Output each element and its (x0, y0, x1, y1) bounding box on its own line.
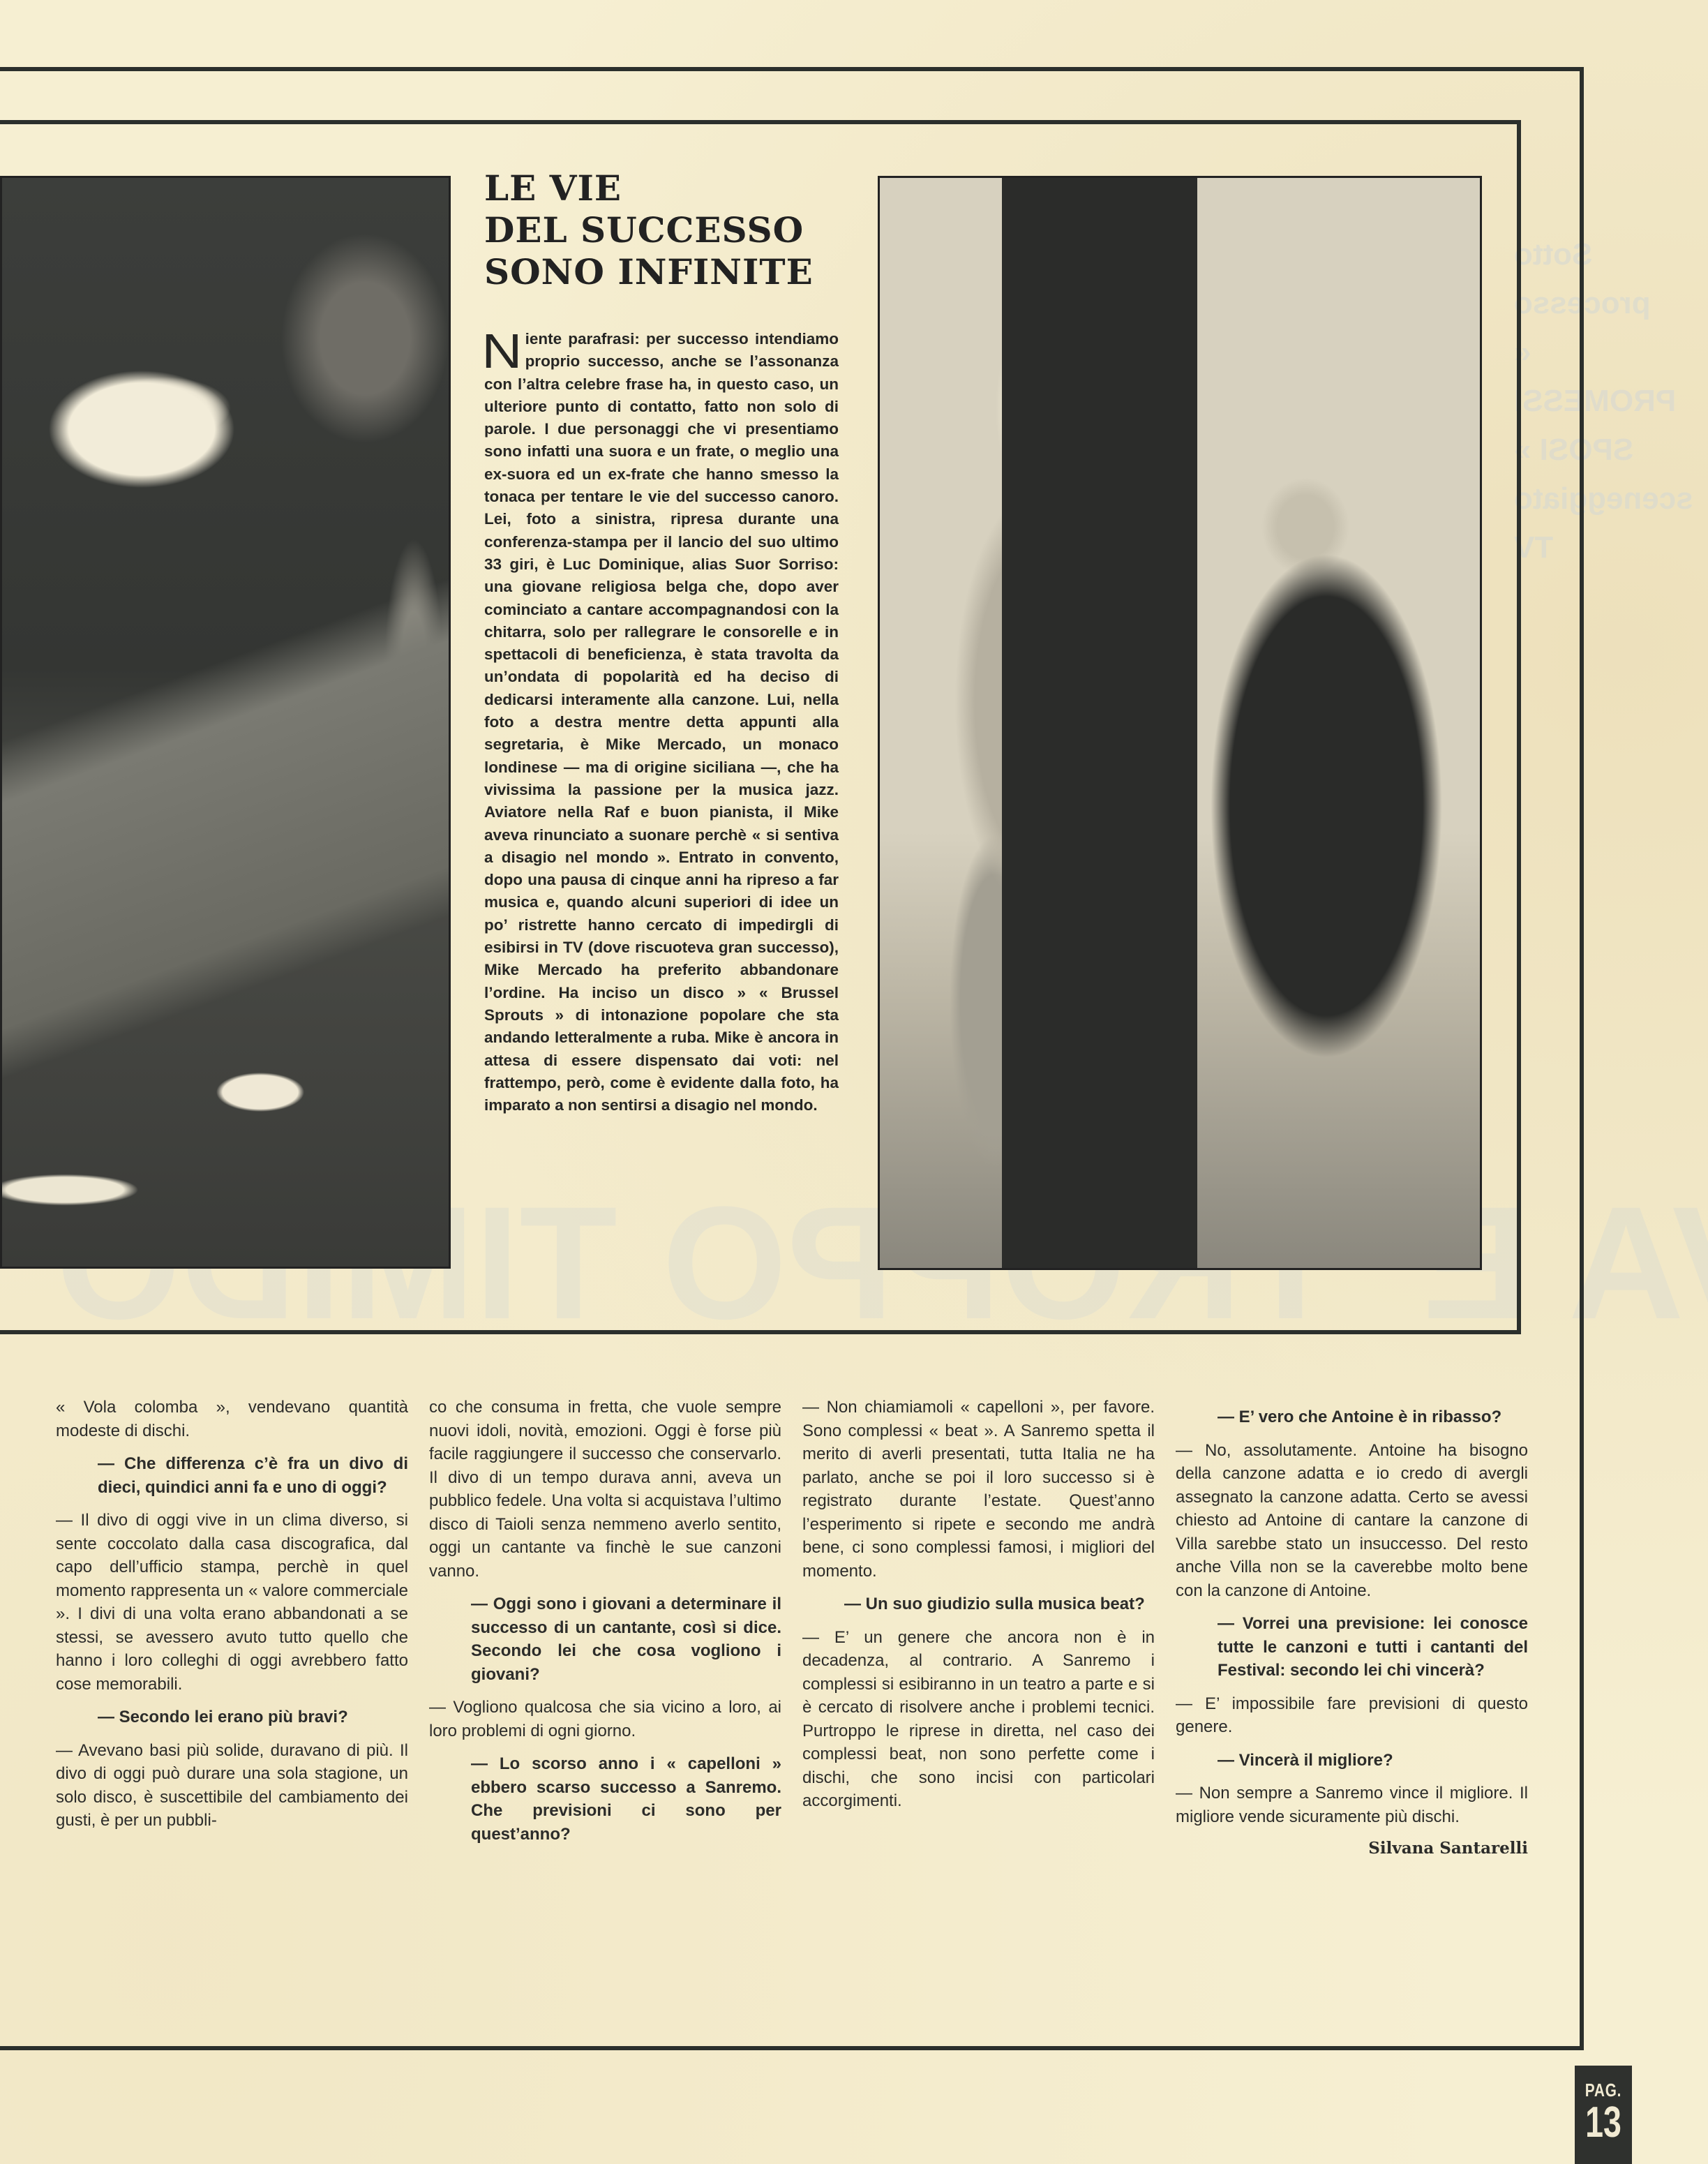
interview-column-4: — E’ vero che Antoine è in ribasso?— No,… (1176, 1396, 1528, 1869)
ghost-line: Sotto (1514, 230, 1695, 279)
outer-frame-right (1580, 67, 1584, 2050)
interview-answer: — E’ impossibile fare previsioni di ques… (1176, 1692, 1528, 1739)
headline-line: SONO INFINITE (484, 251, 847, 293)
interview-answer: — Avevano basi più solide, duravano di p… (56, 1739, 408, 1833)
interview-question: — Vorrei una previsione: lei conosce tut… (1176, 1612, 1528, 1682)
interview-question: — E’ vero che Antoine è in ribasso? (1176, 1405, 1528, 1429)
interview-answer: — Il divo di oggi vive in un clima diver… (56, 1509, 408, 1696)
ghost-line: « PROMESSI (1514, 328, 1695, 426)
interview-answer: — No, assolutamente. Antoine ha bisogno … (1176, 1439, 1528, 1603)
interview-column-2: co che consuma in fretta, che vuole semp… (429, 1396, 781, 1856)
interview-column-1: « Vola colomba », vendevano quantità mod… (56, 1396, 408, 1841)
intro-text: iente parafrasi: per successo intendiamo… (484, 330, 839, 1114)
author-byline: Silvana Santarelli (1176, 1837, 1528, 1860)
interview-answer: — Vogliono qualcosa che sia vicino a lor… (429, 1696, 781, 1743)
inner-frame-right (1517, 120, 1521, 1334)
interview-answer: — E’ un genere che ancora non è in decad… (802, 1626, 1155, 1813)
ghost-line: sceneggiato (1514, 475, 1695, 523)
interview-answer: co che consuma in fretta, che vuole semp… (429, 1396, 781, 1583)
interview-question: — Secondo lei erano più bravi? (56, 1706, 408, 1729)
drop-cap: N (481, 331, 522, 371)
page-number: 13 (1582, 2101, 1625, 2144)
ghost-line: processo (1514, 279, 1695, 328)
headline-line: DEL SUCCESSO (484, 209, 847, 251)
photo-left-suor-sorriso (0, 176, 451, 1269)
interview-question: — Oggi sono i giovani a determinare il s… (429, 1592, 781, 1686)
ghost-line: SPOSI » (1514, 426, 1695, 475)
interview-answer: — Non sempre a Sanremo vince il migliore… (1176, 1782, 1528, 1828)
inner-frame-bottom (0, 1330, 1521, 1334)
interview-question: — Lo scorso anno i « capelloni » ebbero … (429, 1752, 781, 1846)
outer-frame-bottom (0, 2046, 1584, 2050)
bleed-through-right: Sotto processo « PROMESSI SPOSI » sceneg… (1514, 230, 1695, 572)
outer-frame-top (0, 67, 1584, 71)
interview-answer: « Vola colomba », vendevano quantità mod… (56, 1396, 408, 1442)
ghost-line: TV (1514, 523, 1695, 572)
interview-question: — Un suo giudizio sulla musica beat? (802, 1592, 1155, 1616)
interview-question: — Che differenza c’è fra un divo di diec… (56, 1452, 408, 1499)
article-intro: N iente parafrasi: per successo intendia… (484, 328, 839, 1117)
interview-question: — Vincerà il migliore? (1176, 1749, 1528, 1773)
interview-answer: — Non chiamiamoli « capelloni », per fav… (802, 1396, 1155, 1583)
interview-column-3: — Non chiamiamoli « capelloni », per fav… (802, 1396, 1155, 1821)
article-headline: LE VIE DEL SUCCESSO SONO INFINITE (484, 167, 847, 293)
headline-line: LE VIE (484, 167, 847, 209)
inner-frame-top (0, 120, 1521, 124)
photo-right-mike-mercado (878, 176, 1482, 1270)
page-number-badge: PAG. 13 (1575, 2066, 1632, 2164)
